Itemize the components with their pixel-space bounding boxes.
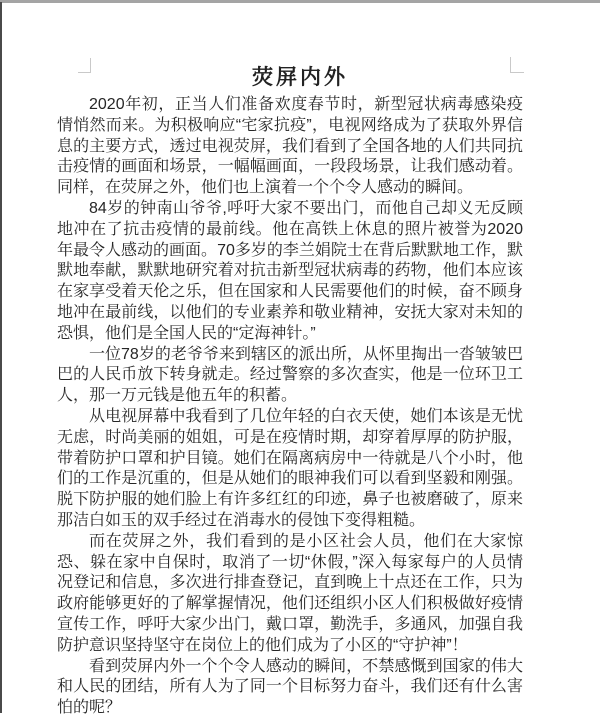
paragraph-conclusion: 看到荧屏内外一个个令人感动的瞬间，不禁感慨到国家的伟大和人民的团结，所有人为了同…	[57, 657, 523, 718]
document-body: 2020年初，正当人们准备欢度春节时，新型冠状病毒感染疫情悄然而来。为积极响应“…	[57, 95, 523, 718]
window-top-edge	[0, 0, 600, 3]
document-page: 荧屏内外 2020年初，正当人们准备欢度春节时，新型冠状病毒感染疫情悄然而来。为…	[0, 0, 600, 718]
paragraph-nurses: 从电视屏幕中我看到了几位年轻的白衣天使，她们本该是无忧无虑，时尚美丽的姐姐，可是…	[57, 407, 523, 532]
paragraph-experts: 84岁的钟南山爷爷,呼吁大家不要出门，而他自己却义无反顾地冲在了抗击疫情的最前线…	[57, 199, 523, 345]
paragraph-intro: 2020年初，正当人们准备欢度春节时，新型冠状病毒感染疫情悄然而来。为积极响应“…	[57, 95, 523, 199]
page-left-edge-line	[0, 2, 2, 713]
paragraph-sanitation-worker: 一位78岁的老爷爷来到辖区的派出所，从怀里掏出一沓皱皱巴巴的人民币放下转身就走。…	[57, 345, 523, 407]
paragraph-community-workers: 而在荧屏之外，我们看到的是小区社会人员，他们在大家惊恐、躲在家中自保时，取消了一…	[57, 532, 523, 657]
document-title: 荧屏内外	[0, 64, 600, 92]
